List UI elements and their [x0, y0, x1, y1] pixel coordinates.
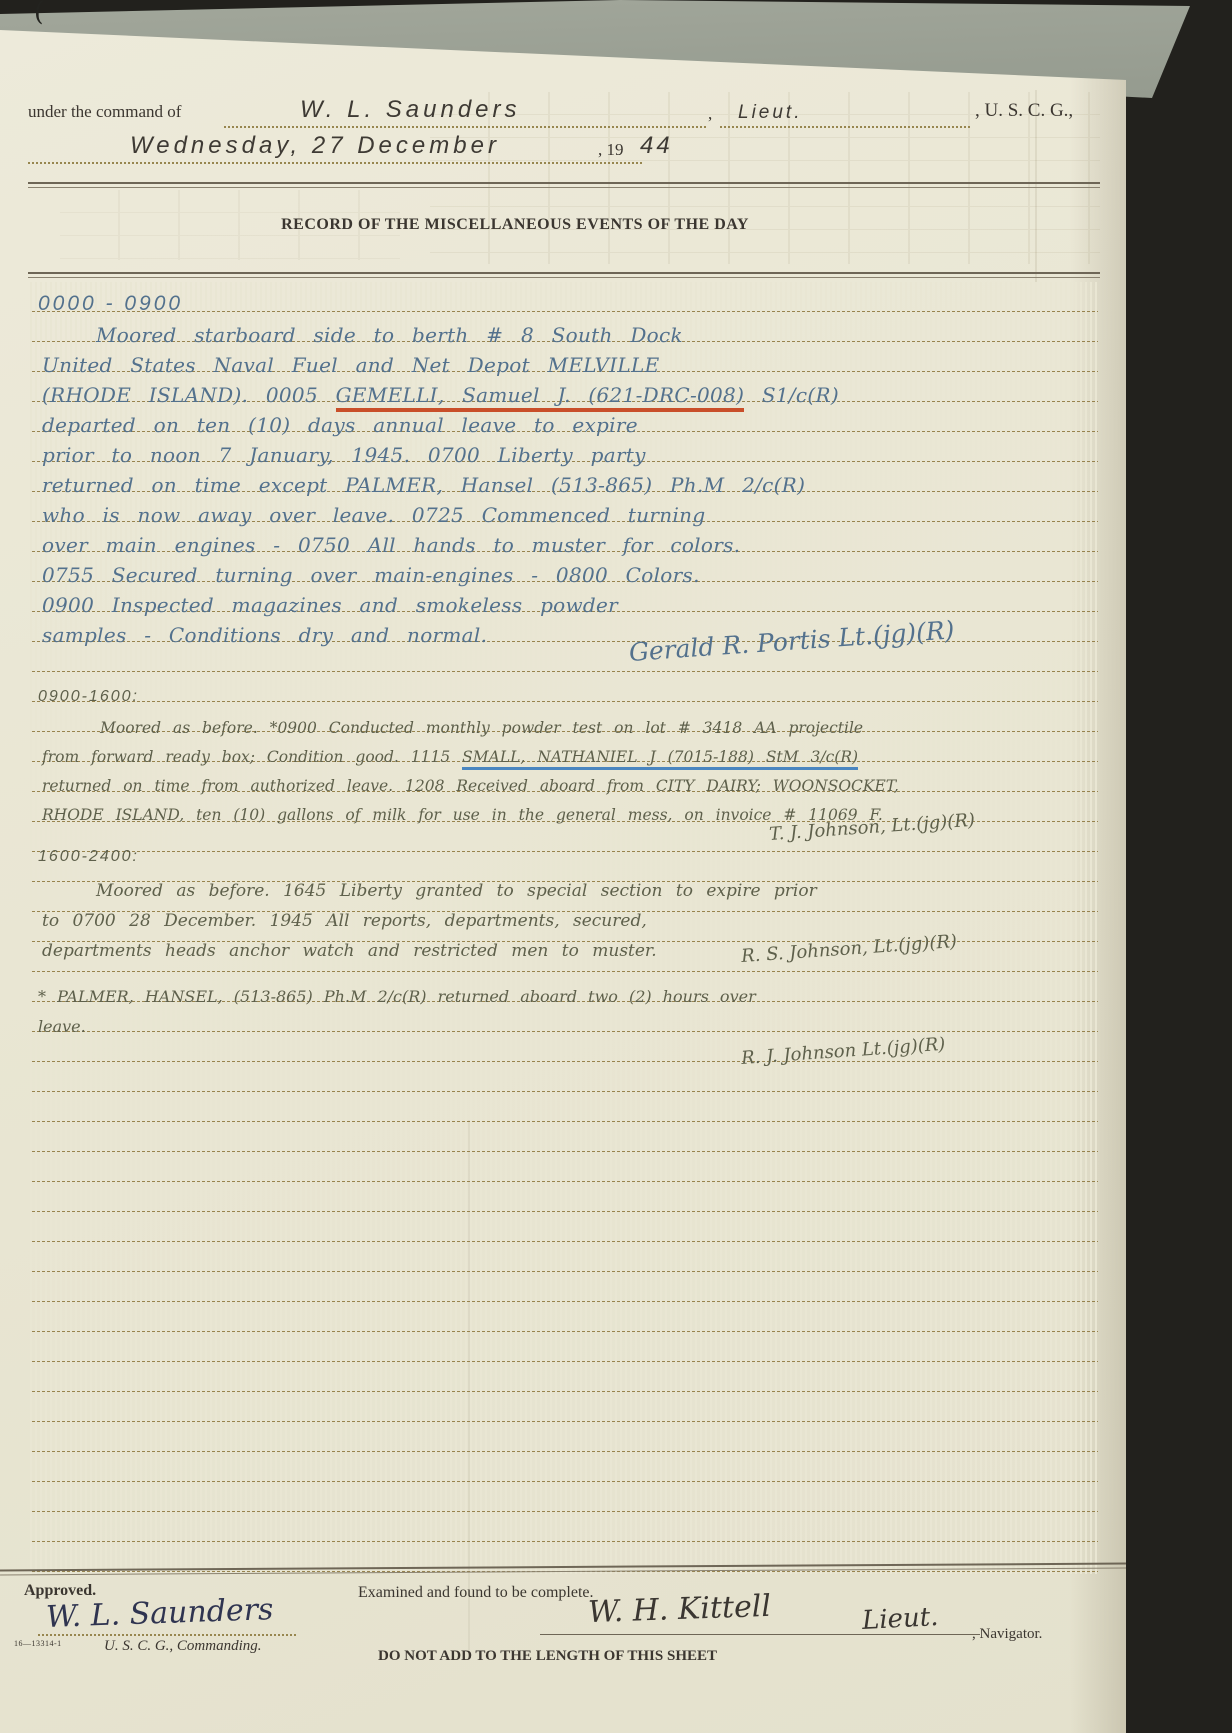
entry-line: Moored as before. 1645 Liberty granted t…	[42, 876, 817, 906]
entry-1600-2400-text: Moored as before. 1645 Liberty granted t…	[42, 876, 817, 966]
blue-underlined-name: SMALL, NATHANIEL J (7015-188) StM 3/c(R)	[462, 748, 858, 770]
entry-line: 0755 Secured turning over main-engines -…	[42, 560, 839, 590]
approved-signature-line	[38, 1634, 296, 1636]
entry-line-blue-underline: from forward ready box; Condition good. …	[42, 743, 899, 772]
entry-line: over main engines - 0750 All hands to mu…	[42, 530, 839, 560]
under-command-label: under the command of	[28, 102, 181, 122]
year-handwritten: 44	[640, 132, 673, 160]
do-not-add-label: DO NOT ADD TO THE LENGTH OF THIS SHEET	[378, 1648, 717, 1665]
entry-line: returned on time except PALMER, Hansel (…	[42, 470, 839, 500]
rank-handwritten-footer: Lieut.	[861, 1602, 939, 1636]
log-sheet-page: under the command of W. L. Saunders , Li…	[0, 0, 1126, 1733]
commanding-label: U. S. C. G., Commanding.	[104, 1638, 262, 1655]
date-handwritten: Wednesday, 27 December	[130, 132, 500, 160]
commander-name-line	[224, 126, 706, 128]
entry-line: returned on time from authorized leave. …	[42, 772, 899, 801]
commander-name-handwritten: W. L. Saunders	[300, 96, 521, 124]
entry-line: United States Naval Fuel and Net Depot M…	[42, 350, 839, 380]
entry-0000-0900-text: Moored starboard side to berth # 8 South…	[42, 320, 839, 650]
form-number: 16—13314-1	[14, 1639, 62, 1648]
year-printed: , 19	[598, 140, 624, 160]
entry-line: Moored as before. *0900 Conducted monthl…	[42, 714, 899, 743]
entry-line: departments heads anchor watch and restr…	[42, 936, 817, 966]
watch-label-0000-0900: 0000 - 0900	[38, 292, 183, 316]
entry-line: prior to noon 7 January, 1945. 0700 Libe…	[42, 440, 839, 470]
rank-handwritten: Lieut.	[738, 102, 802, 124]
record-title: RECORD OF THE MISCELLANEOUS EVENTS OF TH…	[0, 216, 1030, 234]
navigator-label: , Navigator.	[972, 1626, 1042, 1643]
entry-line: to 0700 28 December. 1945 All reports, d…	[42, 906, 817, 936]
entry-line: Moored starboard side to berth # 8 South…	[42, 320, 839, 350]
entry-line: departed on ten (10) days annual leave t…	[42, 410, 839, 440]
date-line	[28, 162, 642, 164]
footnote-line: * PALMER, HANSEL, (513-865) Ph.M 2/c(R) …	[38, 982, 756, 1012]
rank-line	[720, 126, 970, 128]
entry-0900-1600-text: Moored as before. *0900 Conducted monthl…	[42, 714, 899, 830]
entry-line-red-underline: (RHODE ISLAND). 0005 GEMELLI, Samuel J. …	[42, 380, 839, 410]
entry-line: 0900 Inspected magazines and smokeless p…	[42, 590, 839, 620]
header-double-rule	[28, 182, 1100, 188]
signature-saunders: W. L. Saunders	[45, 1592, 274, 1635]
stray-pen-mark: (	[33, 0, 46, 27]
footnote-palmer: * PALMER, HANSEL, (513-865) Ph.M 2/c(R) …	[38, 982, 756, 1042]
watch-label-0900-1600: 0900-1600:	[38, 688, 139, 706]
approved-label: Approved.	[24, 1582, 96, 1600]
comma-separator: ,	[708, 104, 712, 124]
service-printed: , U. S. C. G.,	[975, 100, 1073, 122]
examined-signature-line	[540, 1634, 980, 1635]
footnote-line: leave.	[38, 1012, 756, 1042]
signature-kittell: W. H. Kittell	[587, 1589, 771, 1630]
scanned-logbook-photo: { "scan": { "pen_mark": "(", "header": {…	[0, 0, 1232, 1733]
examined-label: Examined and found to be complete.	[358, 1584, 593, 1602]
red-underlined-name: GEMELLI, Samuel J. (621-DRC-008)	[336, 383, 745, 412]
entry-line: who is now away over leave. 0725 Commenc…	[42, 500, 839, 530]
body-top-double-rule	[28, 272, 1100, 278]
watch-label-1600-2400: 1600-2400:	[38, 848, 139, 866]
